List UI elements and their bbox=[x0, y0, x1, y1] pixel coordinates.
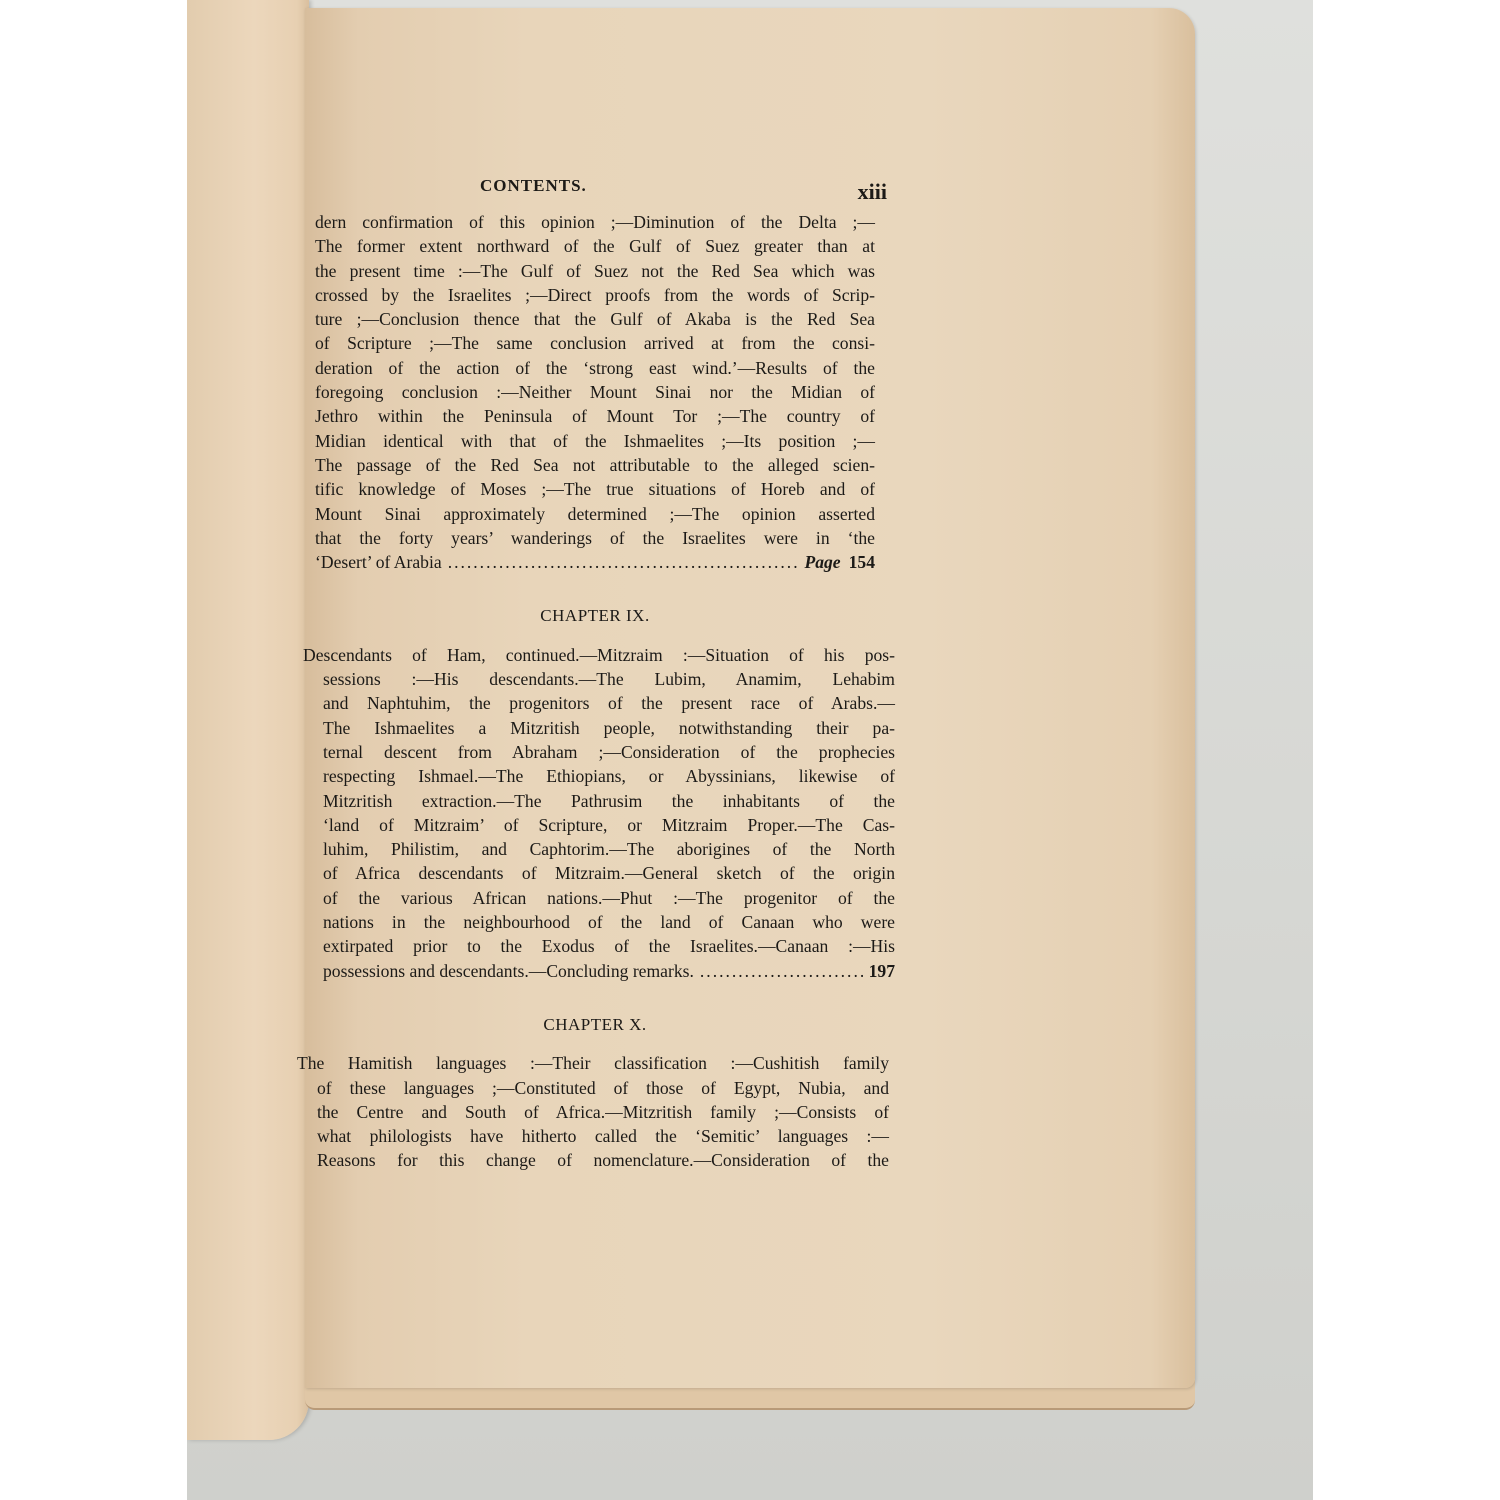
text-line: respecting Ishmael.—The Ethiopians, or A… bbox=[303, 764, 895, 788]
text-line: The Hamitish languages :—Their classific… bbox=[297, 1051, 889, 1075]
text-line: Descendants of Ham, continued.—Mitzraim … bbox=[303, 643, 895, 667]
running-head-title: CONTENTS. bbox=[480, 174, 587, 198]
text-line: and Naphtuhim, the progenitors of the pr… bbox=[303, 691, 895, 715]
left-page-edge bbox=[187, 0, 309, 1440]
text-line: The passage of the Red Sea not attributa… bbox=[315, 453, 875, 477]
text-line: dern confirmation of this opinion ;—Dimi… bbox=[315, 210, 875, 234]
text-line: The Ishmaelites a Mitzritish people, not… bbox=[303, 716, 895, 740]
text-line: Mitzritish extraction.—The Pathrusim the… bbox=[303, 789, 895, 813]
text-line: Reasons for this change of nomenclature.… bbox=[297, 1148, 889, 1172]
chapter-heading: CHAPTER IX. bbox=[315, 604, 875, 628]
text-line: tific knowledge of Moses ;—The true situ… bbox=[315, 477, 875, 501]
page-reference: 197 bbox=[869, 959, 895, 983]
text-line: ture ;—Conclusion thence that the Gulf o… bbox=[315, 307, 875, 331]
chapter-ix-summary: Descendants of Ham, continued.—Mitzraim … bbox=[303, 643, 895, 983]
text-line: Jethro within the Peninsula of Mount Tor… bbox=[315, 404, 875, 428]
contents-page-text: CONTENTS. xiii dern confirmation of this… bbox=[315, 170, 875, 1173]
text-line: that the forty years’ wanderings of the … bbox=[315, 526, 875, 550]
text-line: the Centre and South of Africa.—Mitzriti… bbox=[297, 1100, 889, 1124]
chapter-x-summary: The Hamitish languages :—Their classific… bbox=[297, 1051, 889, 1172]
text-line: of Africa descendants of Mitzraim.—Gener… bbox=[303, 861, 895, 885]
text-line: nations in the neighbourhood of the land… bbox=[303, 910, 895, 934]
text-line: The former extent northward of the Gulf … bbox=[315, 234, 875, 258]
text-line: possessions and descendants.—Concluding … bbox=[323, 959, 694, 983]
chapter-heading: CHAPTER X. bbox=[315, 1013, 875, 1037]
text-line: ‘Desert’ of Arabia bbox=[315, 550, 442, 574]
text-line: crossed by the Israelites ;—Direct proof… bbox=[315, 283, 875, 307]
text-line: of the various African nations.—Phut :—T… bbox=[303, 886, 895, 910]
text-line: the present time :—The Gulf of Suez not … bbox=[315, 259, 875, 283]
text-line: Mount Sinai approximately determined ;—T… bbox=[315, 502, 875, 526]
dot-leader: ........................................… bbox=[448, 550, 799, 574]
text-line: of these languages ;—Constituted of thos… bbox=[297, 1076, 889, 1100]
toc-entry-end: ‘Desert’ of Arabia .....................… bbox=[315, 550, 875, 574]
text-line: extirpated prior to the Exodus of the Is… bbox=[303, 934, 895, 958]
text-line: deration of the action of the ‘strong ea… bbox=[315, 356, 875, 380]
dot-leader: ........................................… bbox=[700, 959, 863, 983]
text-line: sessions :—His descendants.—The Lubim, A… bbox=[303, 667, 895, 691]
page-number: xiii bbox=[858, 180, 887, 204]
page-label: Page bbox=[804, 550, 840, 574]
page-reference: 154 bbox=[849, 550, 875, 574]
running-head: CONTENTS. xiii bbox=[315, 170, 875, 210]
text-line: what philologists have hitherto called t… bbox=[297, 1124, 889, 1148]
text-line: Midian identical with that of the Ishmae… bbox=[315, 429, 875, 453]
toc-entry-end: possessions and descendants.—Concluding … bbox=[303, 959, 895, 983]
chapter-viii-continuation: dern confirmation of this opinion ;—Dimi… bbox=[315, 210, 875, 574]
text-line: of Scripture ;—The same conclusion arriv… bbox=[315, 331, 875, 355]
text-line: ternal descent from Abraham ;—Considerat… bbox=[303, 740, 895, 764]
text-line: luhim, Philistim, and Caphtorim.—The abo… bbox=[303, 837, 895, 861]
text-line: foregoing conclusion :—Neither Mount Sin… bbox=[315, 380, 875, 404]
text-line: ‘land of Mitzraim’ of Scripture, or Mitz… bbox=[303, 813, 895, 837]
